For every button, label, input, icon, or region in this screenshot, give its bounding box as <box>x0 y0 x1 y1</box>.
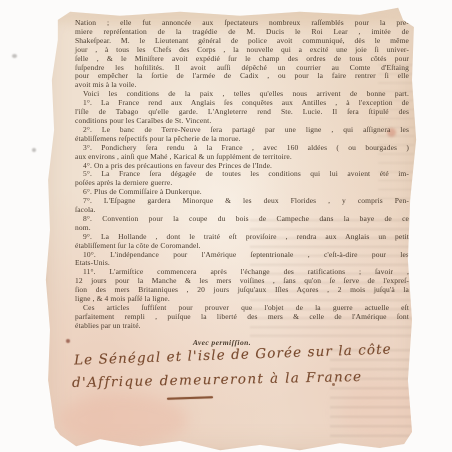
paper-stain <box>58 394 188 446</box>
dust-speck <box>32 148 36 152</box>
document-page: Nation ; elle fut annoncée aux ſpectateu… <box>44 6 418 452</box>
handwritten-annotation-line2: d'Affrique demeureront à la France <box>72 369 363 391</box>
paper-stain <box>340 382 436 444</box>
printed-text: Nation ; elle fut annoncée aux ſpectateu… <box>75 19 409 331</box>
printed-text-line: établies par un traité. <box>75 322 409 331</box>
handwritten-underline <box>167 396 213 400</box>
printed-text-line: 7°. L'Eſpagne gardera Minorque & les deu… <box>75 197 409 206</box>
printed-text-line: 10°. L'indépendance pour l'Amérique ſept… <box>75 251 409 260</box>
dust-speck <box>12 54 17 58</box>
printed-text-line: 8°. Convention pour la coupe du bois de … <box>75 215 409 224</box>
ink-dot <box>332 383 335 386</box>
